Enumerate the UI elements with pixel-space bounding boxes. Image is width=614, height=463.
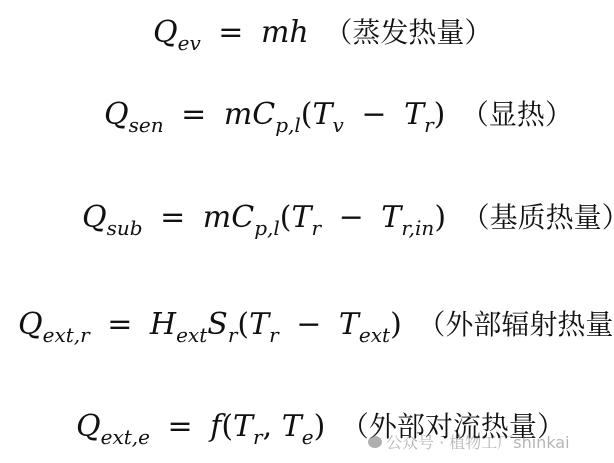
minus-sign: − — [353, 97, 394, 132]
equals-sign: = — [152, 200, 193, 235]
watermark-text: 公众号 · 植物工厂shinkai — [386, 430, 570, 453]
equation-label: （蒸发热量） — [324, 16, 492, 49]
temperature-2: T — [339, 307, 359, 342]
watermark: 公众号 · 植物工厂shinkai — [368, 430, 570, 453]
minus-sign: − — [288, 307, 329, 342]
comma: , — [263, 409, 273, 444]
equation-evaporation-heat: Qev = mh （蒸发热量） — [153, 18, 492, 53]
right-paren: ) — [390, 307, 402, 342]
heat-capacity-subscript: p,l — [275, 113, 301, 137]
right-paren: ) — [434, 97, 446, 132]
lhs-symbol: Q — [82, 200, 107, 235]
equation-label: （显热） — [461, 98, 573, 131]
function-symbol: f — [210, 409, 221, 444]
equation-substrate-heat: Qsub = mCp,l(Tr − Tr,in) （基质热量） — [82, 203, 614, 238]
wechat-icon — [368, 436, 382, 448]
equals-sign: = — [210, 15, 251, 50]
temperature-2-subscript: r,in — [401, 216, 434, 240]
equation-sensible-heat: Qsen = mCp,l(Tv − Tr) （显热） — [104, 100, 573, 135]
heat-capacity-subscript: p,l — [254, 216, 280, 240]
equals-sign: = — [173, 97, 214, 132]
temperature-1: T — [313, 97, 333, 132]
lhs-symbol: Q — [153, 15, 178, 50]
heat-transfer-subscript: ext — [176, 323, 207, 347]
temperature-2: T — [282, 409, 302, 444]
left-paren: ( — [221, 409, 233, 444]
temperature-2-subscript: e — [302, 425, 314, 449]
temperature-1-subscript: r — [269, 323, 279, 347]
lhs-symbol: Q — [76, 409, 101, 444]
lhs-symbol: Q — [104, 97, 129, 132]
equation-external-radiation-heat: Qext,r = HextSr(Tr − Text) （外部辐射热量） — [18, 310, 614, 345]
lhs-subscript: ext,e — [101, 425, 150, 449]
left-paren: ( — [237, 307, 249, 342]
rhs-expression: mh — [261, 15, 309, 50]
equation-label: （基质热量） — [462, 201, 614, 234]
right-paren: ) — [314, 409, 326, 444]
equals-sign: = — [99, 307, 140, 342]
mass-heat-capacity: mC — [224, 97, 275, 132]
minus-sign: − — [331, 200, 372, 235]
lhs-subscript: ev — [178, 31, 201, 55]
temperature-1-subscript: r — [312, 216, 322, 240]
temperature-1-subscript: r — [253, 425, 263, 449]
mass-heat-capacity: mC — [203, 200, 254, 235]
temperature-2: T — [404, 97, 424, 132]
surface-area: S — [207, 307, 228, 342]
lhs-symbol: Q — [18, 307, 43, 342]
temperature-1: T — [233, 409, 253, 444]
equals-sign: = — [160, 409, 201, 444]
temperature-2: T — [381, 200, 401, 235]
left-paren: ( — [301, 97, 313, 132]
right-paren: ) — [434, 200, 446, 235]
temperature-1: T — [249, 307, 269, 342]
temperature-1-subscript: v — [333, 113, 344, 137]
equation-label: （外部辐射热量） — [417, 308, 614, 341]
temperature-2-subscript: ext — [359, 323, 390, 347]
temperature-1: T — [291, 200, 311, 235]
lhs-subscript: sen — [129, 113, 164, 137]
temperature-2-subscript: r — [424, 113, 434, 137]
surface-area-subscript: r — [228, 323, 238, 347]
left-paren: ( — [280, 200, 292, 235]
heat-transfer-coefficient: H — [150, 307, 176, 342]
lhs-subscript: sub — [107, 216, 143, 240]
lhs-subscript: ext,r — [43, 323, 90, 347]
